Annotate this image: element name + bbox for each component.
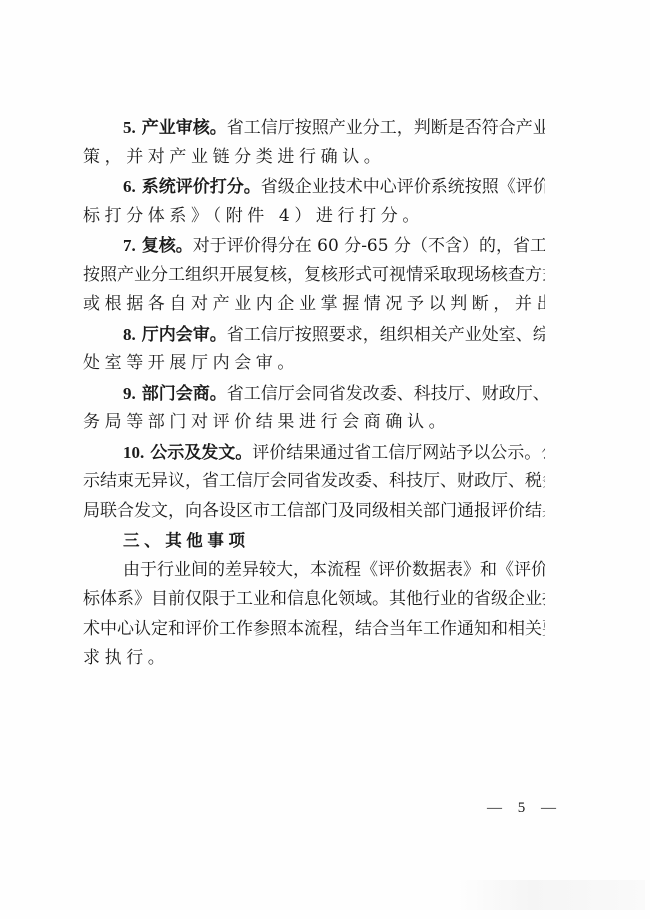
item-number: 7. xyxy=(123,236,136,255)
list-item-6: 6.系统评价打分。省级企业技术中心评价系统按照《评价指 标打分体系》（附件 4）… xyxy=(83,172,545,231)
item-text: 省工信厅按照产业分工，判断是否符合产业政 xyxy=(227,118,545,138)
item-title: 复核。 xyxy=(142,236,193,256)
item-title: 系统评价打分。 xyxy=(142,177,261,197)
list-item-5: 5.产业审核。省工信厅按照产业分工，判断是否符合产业政 策，并对产业链分类进行确… xyxy=(83,113,545,172)
item-title: 部门会商。 xyxy=(142,384,227,404)
scan-smudge xyxy=(455,880,645,910)
item-line: 10.公示及发文。评价结果通过省工信厅网站予以公示。公 xyxy=(83,438,545,468)
list-item-8: 8.厅内会审。省工信厅按照要求，组织相关产业处室、综合 处室等开展厅内会审。 xyxy=(83,320,545,379)
item-number: 8. xyxy=(123,325,136,344)
item-line: 9.部门会商。省工信厅会同省发改委、科技厅、财政厅、税 xyxy=(83,379,545,409)
paragraph-line: 术中心认定和评价工作参照本流程，结合当年工作通知和相关要 xyxy=(83,615,545,645)
item-text: 省工信厅会同省发改委、科技厅、财政厅、税 xyxy=(227,384,545,404)
paragraph-line: 求执行。 xyxy=(83,644,545,674)
item-line: 或根据各自对产业内企业掌握情况予以判断，并出具意见。 xyxy=(83,290,545,320)
item-line: 务局等部门对评价结果进行会商确认。 xyxy=(83,408,545,438)
item-line: 处室等开展厅内会审。 xyxy=(83,349,545,379)
item-text: 对于评价得分在 60 分-65 分（不含）的，省工信厅 xyxy=(193,236,545,256)
document-body: 5.产业审核。省工信厅按照产业分工，判断是否符合产业政 策，并对产业链分类进行确… xyxy=(83,113,545,674)
list-item-9: 9.部门会商。省工信厅会同省发改委、科技厅、财政厅、税 务局等部门对评价结果进行… xyxy=(83,379,545,438)
item-text: 省级企业技术中心评价系统按照《评价指 xyxy=(261,177,545,197)
document-page: 5.产业审核。省工信厅按照产业分工，判断是否符合产业政 策，并对产业链分类进行确… xyxy=(0,0,650,919)
section-heading: 三、其他事项 xyxy=(83,526,545,556)
list-item-7: 7.复核。对于评价得分在 60 分-65 分（不含）的，省工信厅 按照产业分工组… xyxy=(83,231,545,320)
item-line: 7.复核。对于评价得分在 60 分-65 分（不含）的，省工信厅 xyxy=(83,231,545,261)
item-number: 6. xyxy=(123,177,136,196)
item-line: 8.厅内会审。省工信厅按照要求，组织相关产业处室、综合 xyxy=(83,320,545,350)
paragraph-line: 由于行业间的差异较大，本流程《评价数据表》和《评价指 xyxy=(83,556,545,586)
paragraph-line: 标体系》目前仅限于工业和信息化领域。其他行业的省级企业技 xyxy=(83,585,545,615)
item-number: 5. xyxy=(123,118,136,137)
item-number: 9. xyxy=(123,384,136,403)
page-number: — 5 — xyxy=(487,800,562,817)
item-line: 5.产业审核。省工信厅按照产业分工，判断是否符合产业政 xyxy=(83,113,545,143)
item-title: 公示及发文。 xyxy=(150,443,252,463)
item-title: 产业审核。 xyxy=(142,118,227,138)
closing-paragraph: 由于行业间的差异较大，本流程《评价数据表》和《评价指 标体系》目前仅限于工业和信… xyxy=(83,556,545,674)
item-text: 评价结果通过省工信厅网站予以公示。公 xyxy=(252,443,545,463)
item-line: 策，并对产业链分类进行确认。 xyxy=(83,143,545,173)
item-line: 局联合发文，向各设区市工信部门及同级相关部门通报评价结果。 xyxy=(83,497,545,527)
item-line: 示结束无异议，省工信厅会同省发改委、科技厅、财政厅、税务 xyxy=(83,467,545,497)
list-item-10: 10.公示及发文。评价结果通过省工信厅网站予以公示。公 示结束无异议，省工信厅会… xyxy=(83,438,545,527)
item-text: 省工信厅按照要求，组织相关产业处室、综合 xyxy=(227,325,545,345)
item-title: 厅内会审。 xyxy=(142,325,227,345)
item-line: 按照产业分工组织开展复核，复核形式可视情采取现场核查方式 xyxy=(83,261,545,291)
item-line: 标打分体系》（附件 4）进行打分。 xyxy=(83,202,545,232)
item-line: 6.系统评价打分。省级企业技术中心评价系统按照《评价指 xyxy=(83,172,545,202)
item-number: 10. xyxy=(123,443,144,462)
